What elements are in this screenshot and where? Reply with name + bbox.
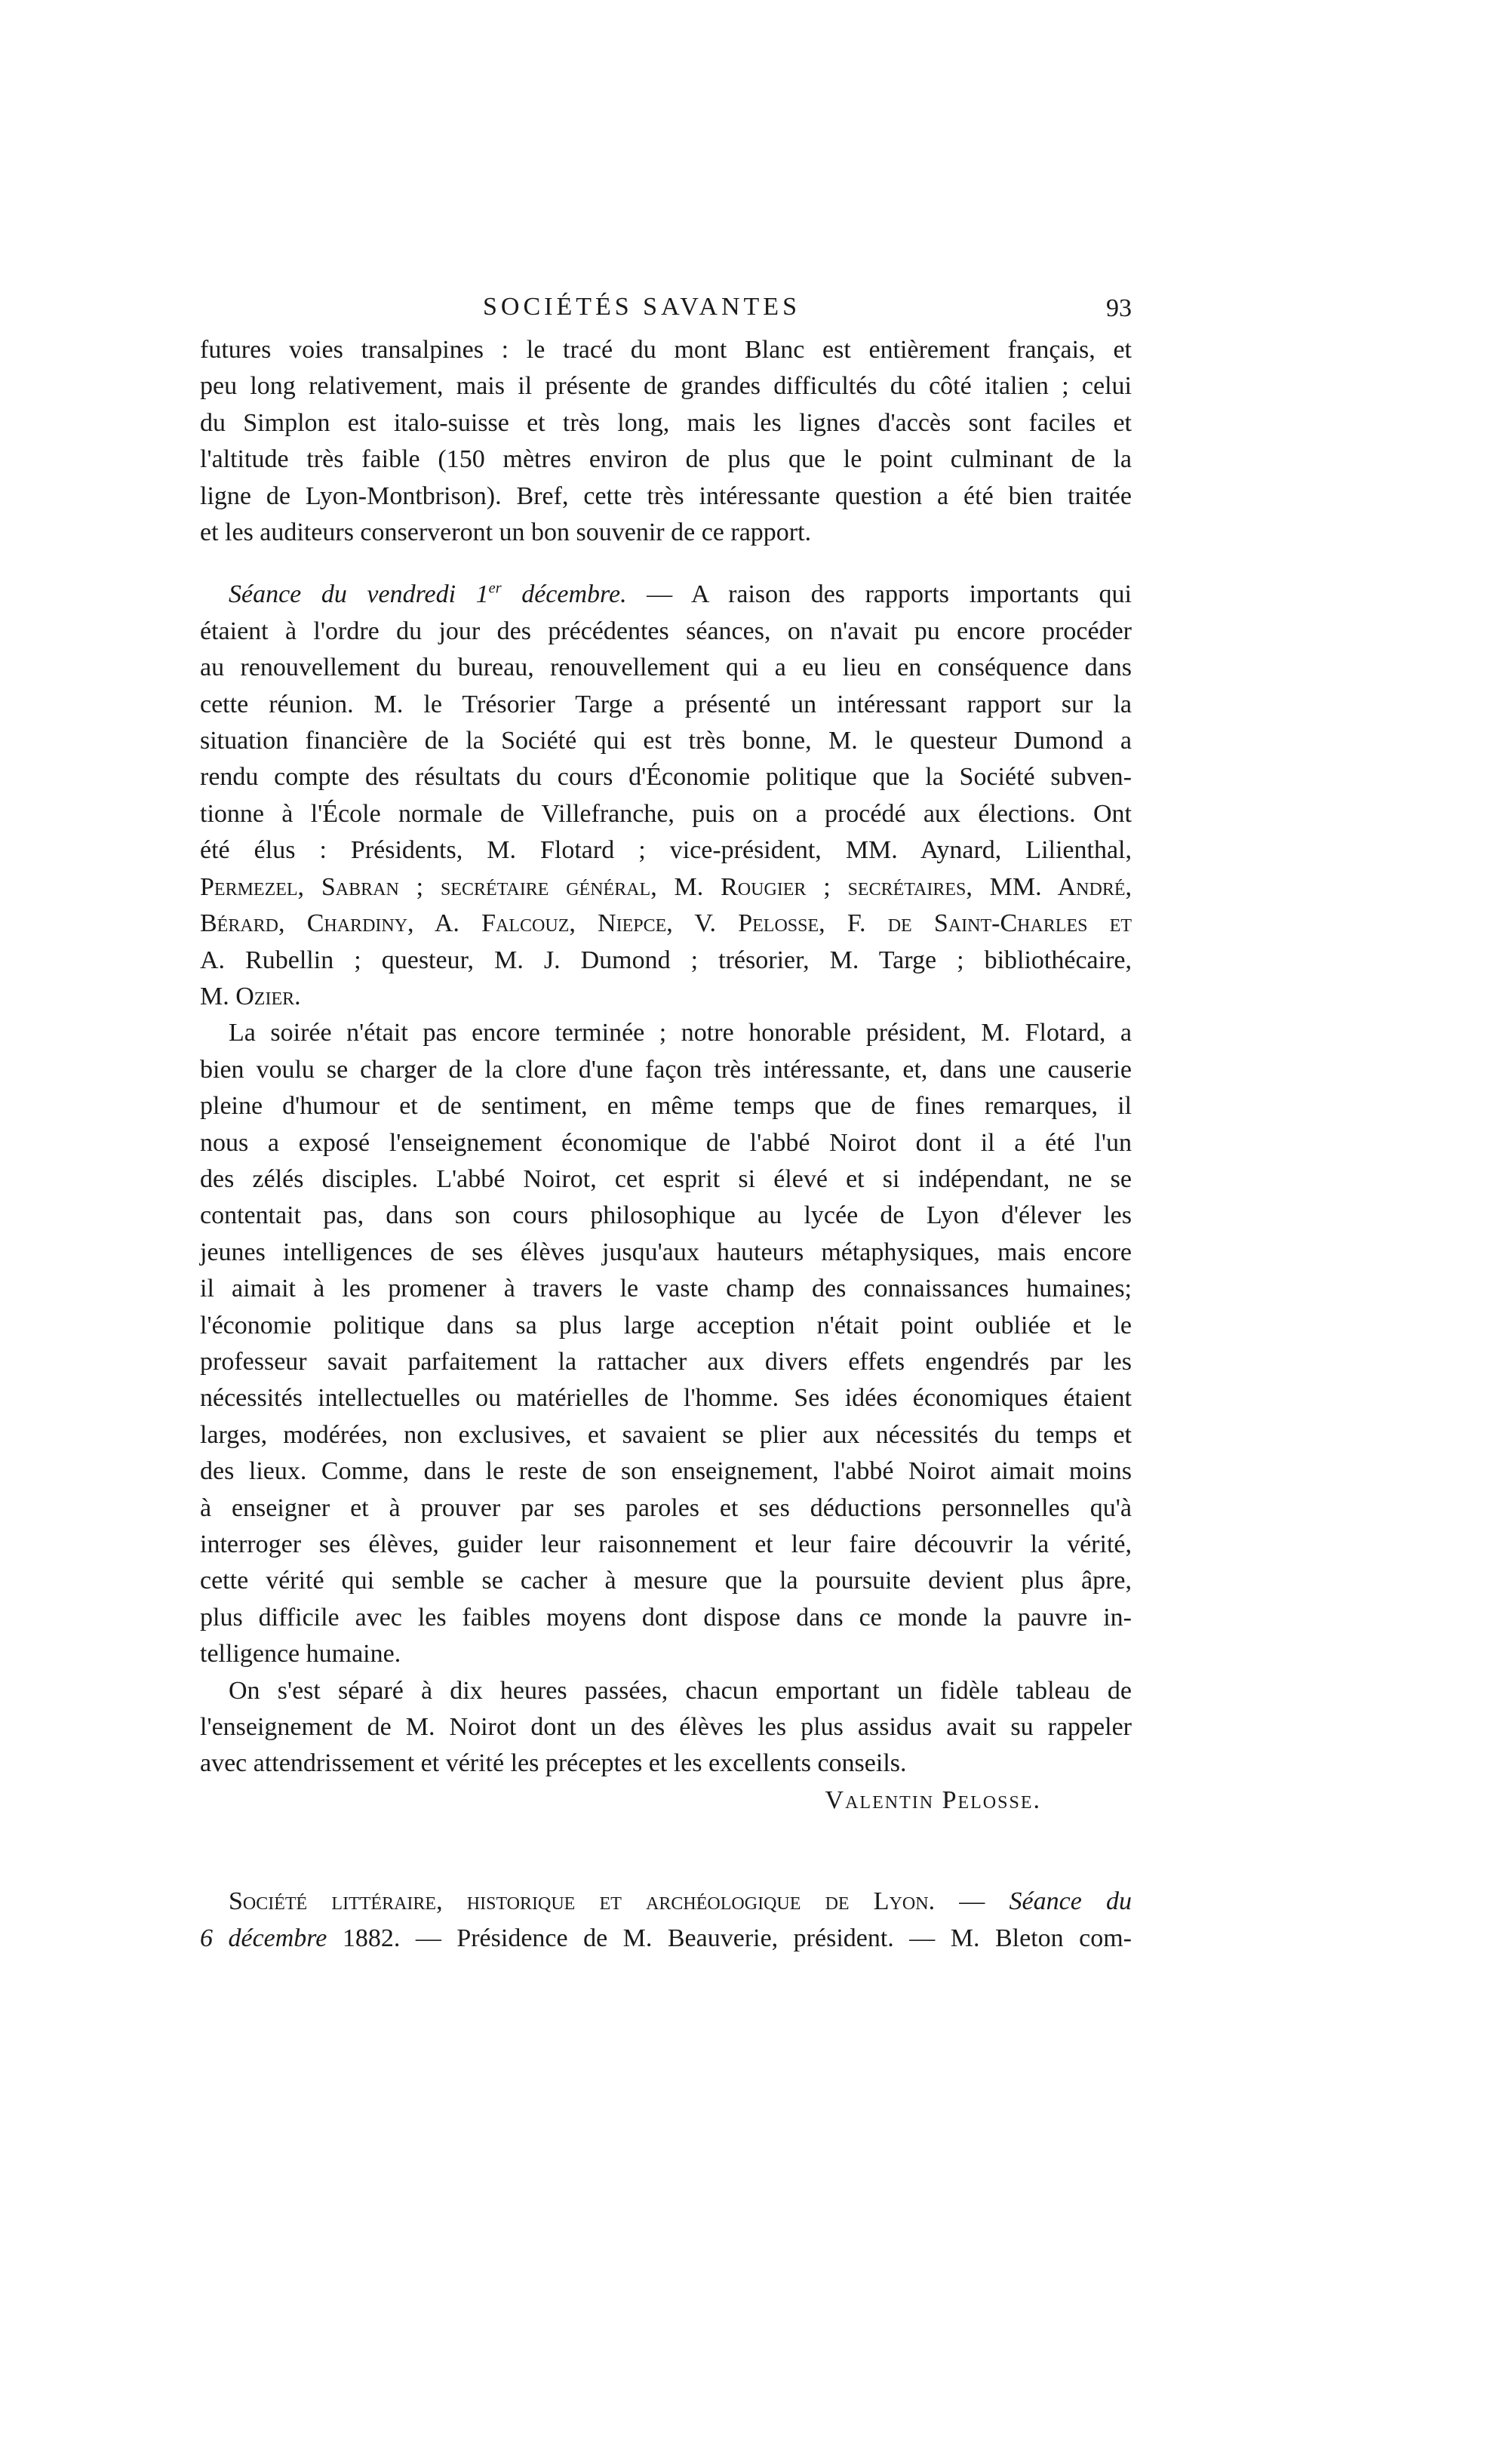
text-line: telligence humaine. <box>200 1636 1132 1672</box>
text-line: Permezel, Sabran ; secrétaire général, M… <box>200 869 1132 906</box>
text-line: futures voies transalpines : le tracé du… <box>200 332 1132 368</box>
paragraph-societe-litteraire: Société littéraire, historique et archéo… <box>200 1884 1132 1957</box>
text-line: des lieux. Comme, dans le reste de son e… <box>200 1453 1132 1490</box>
text-line: larges, modérées, non exclusives, et sav… <box>200 1417 1132 1453</box>
text-line: l'économie politique dans sa plus large … <box>200 1308 1132 1344</box>
text-line: l'enseignement de M. Noirot dont un des … <box>200 1709 1132 1745</box>
text-line: rendu compte des résultats du cours d'Éc… <box>200 759 1132 795</box>
document-page: SOCIÉTÉS SAVANTES 93 futures voies trans… <box>0 0 1512 2442</box>
society-name: Société littéraire, historique et archéo… <box>229 1887 935 1915</box>
author-signature: Valentin Pelosse. <box>200 1782 1132 1819</box>
running-title: SOCIÉTÉS SAVANTES <box>483 293 801 321</box>
text-line: On s'est séparé à dix heures passées, ch… <box>200 1673 1132 1709</box>
paragraph-gap <box>200 551 1132 577</box>
paragraph-soiree-flotard: La soirée n'était pas encore terminée ; … <box>200 1015 1132 1672</box>
text-line: peu long relativement, mais il présente … <box>200 368 1132 404</box>
session-label: Séance du <box>1010 1887 1132 1915</box>
text-line: et les auditeurs conserveront un bon sou… <box>200 515 1132 551</box>
paragraph-seance-1-decembre: Séance du vendredi 1er décembre. — A rai… <box>200 577 1132 1015</box>
text-line: Bérard, Chardiny, A. Falcouz, Niepce, V.… <box>200 906 1132 942</box>
text-column: futures voies transalpines : le tracé du… <box>200 332 1132 1957</box>
session-date: 6 décembre <box>200 1924 327 1952</box>
text-line: du Simplon est italo-suisse et très long… <box>200 405 1132 441</box>
text-line: il aimait à les promener à travers le va… <box>200 1271 1132 1307</box>
text-line: situation financière de la Société qui e… <box>200 723 1132 759</box>
page-number: 93 <box>1106 294 1132 323</box>
text-line: bien voulu se charger de la clore d'une … <box>200 1052 1132 1088</box>
text-line: tionne à l'École normale de Villefranche… <box>200 796 1132 832</box>
text-line: au renouvellement du bureau, renouvellem… <box>200 650 1132 686</box>
text-line: l'altitude très faible (150 mètres envir… <box>200 441 1132 478</box>
text-line: A. Rubellin ; questeur, M. J. Dumond ; t… <box>200 943 1132 979</box>
paragraph-separation: On s'est séparé à dix heures passées, ch… <box>200 1673 1132 1782</box>
session-date-label: Séance du vendredi 1 <box>229 580 489 608</box>
text-line: nécessités intellectuelles ou matérielle… <box>200 1380 1132 1416</box>
ordinal-superscript: er <box>489 580 502 597</box>
text-line: à enseigner et à prouver par ses paroles… <box>200 1490 1132 1527</box>
text-line: 6 décembre 1882. — Présidence de M. Beau… <box>200 1921 1132 1957</box>
text-line: avec attendrissement et vérité les préce… <box>200 1745 1132 1782</box>
text-line: jeunes intelligences de ses élèves jusqu… <box>200 1235 1132 1271</box>
text-line: ligne de Lyon-Montbrison). Bref, cette t… <box>200 478 1132 515</box>
session-month-label: décembre. <box>502 580 627 608</box>
paragraph-transalpine-routes: futures voies transalpines : le tracé du… <box>200 332 1132 551</box>
text-line: Société littéraire, historique et archéo… <box>200 1884 1132 1920</box>
section-gap <box>200 1819 1132 1884</box>
text-line: Séance du vendredi 1er décembre. — A rai… <box>200 577 1132 613</box>
text-run: — <box>935 1887 1009 1915</box>
text-line: interroger ses élèves, guider leur raiso… <box>200 1527 1132 1563</box>
text-line: nous a exposé l'enseignement économique … <box>200 1125 1132 1161</box>
text-line: été élus : Présidents, M. Flotard ; vice… <box>200 832 1132 869</box>
running-head: SOCIÉTÉS SAVANTES 93 <box>200 293 1132 326</box>
text-line: contentait pas, dans son cours philosoph… <box>200 1198 1132 1234</box>
text-run: 1882. — Présidence de M. Beauverie, prés… <box>327 1924 1132 1952</box>
text-line: plus difficile avec les faibles moyens d… <box>200 1600 1132 1636</box>
text-line: La soirée n'était pas encore terminée ; … <box>200 1015 1132 1051</box>
text-line: des zélés disciples. L'abbé Noirot, cet … <box>200 1161 1132 1198</box>
text-line: étaient à l'ordre du jour des précédente… <box>200 614 1132 650</box>
text-line: cette réunion. M. le Trésorier Targe a p… <box>200 687 1132 723</box>
text-line: M. Ozier. <box>200 979 1132 1015</box>
text-line: professeur savait parfaitement la rattac… <box>200 1344 1132 1380</box>
text-line: pleine d'humour et de sentiment, en même… <box>200 1088 1132 1124</box>
text-run: — A raison des rapports importants qui <box>627 580 1132 608</box>
text-line: cette vérité qui semble se cacher à mesu… <box>200 1563 1132 1599</box>
